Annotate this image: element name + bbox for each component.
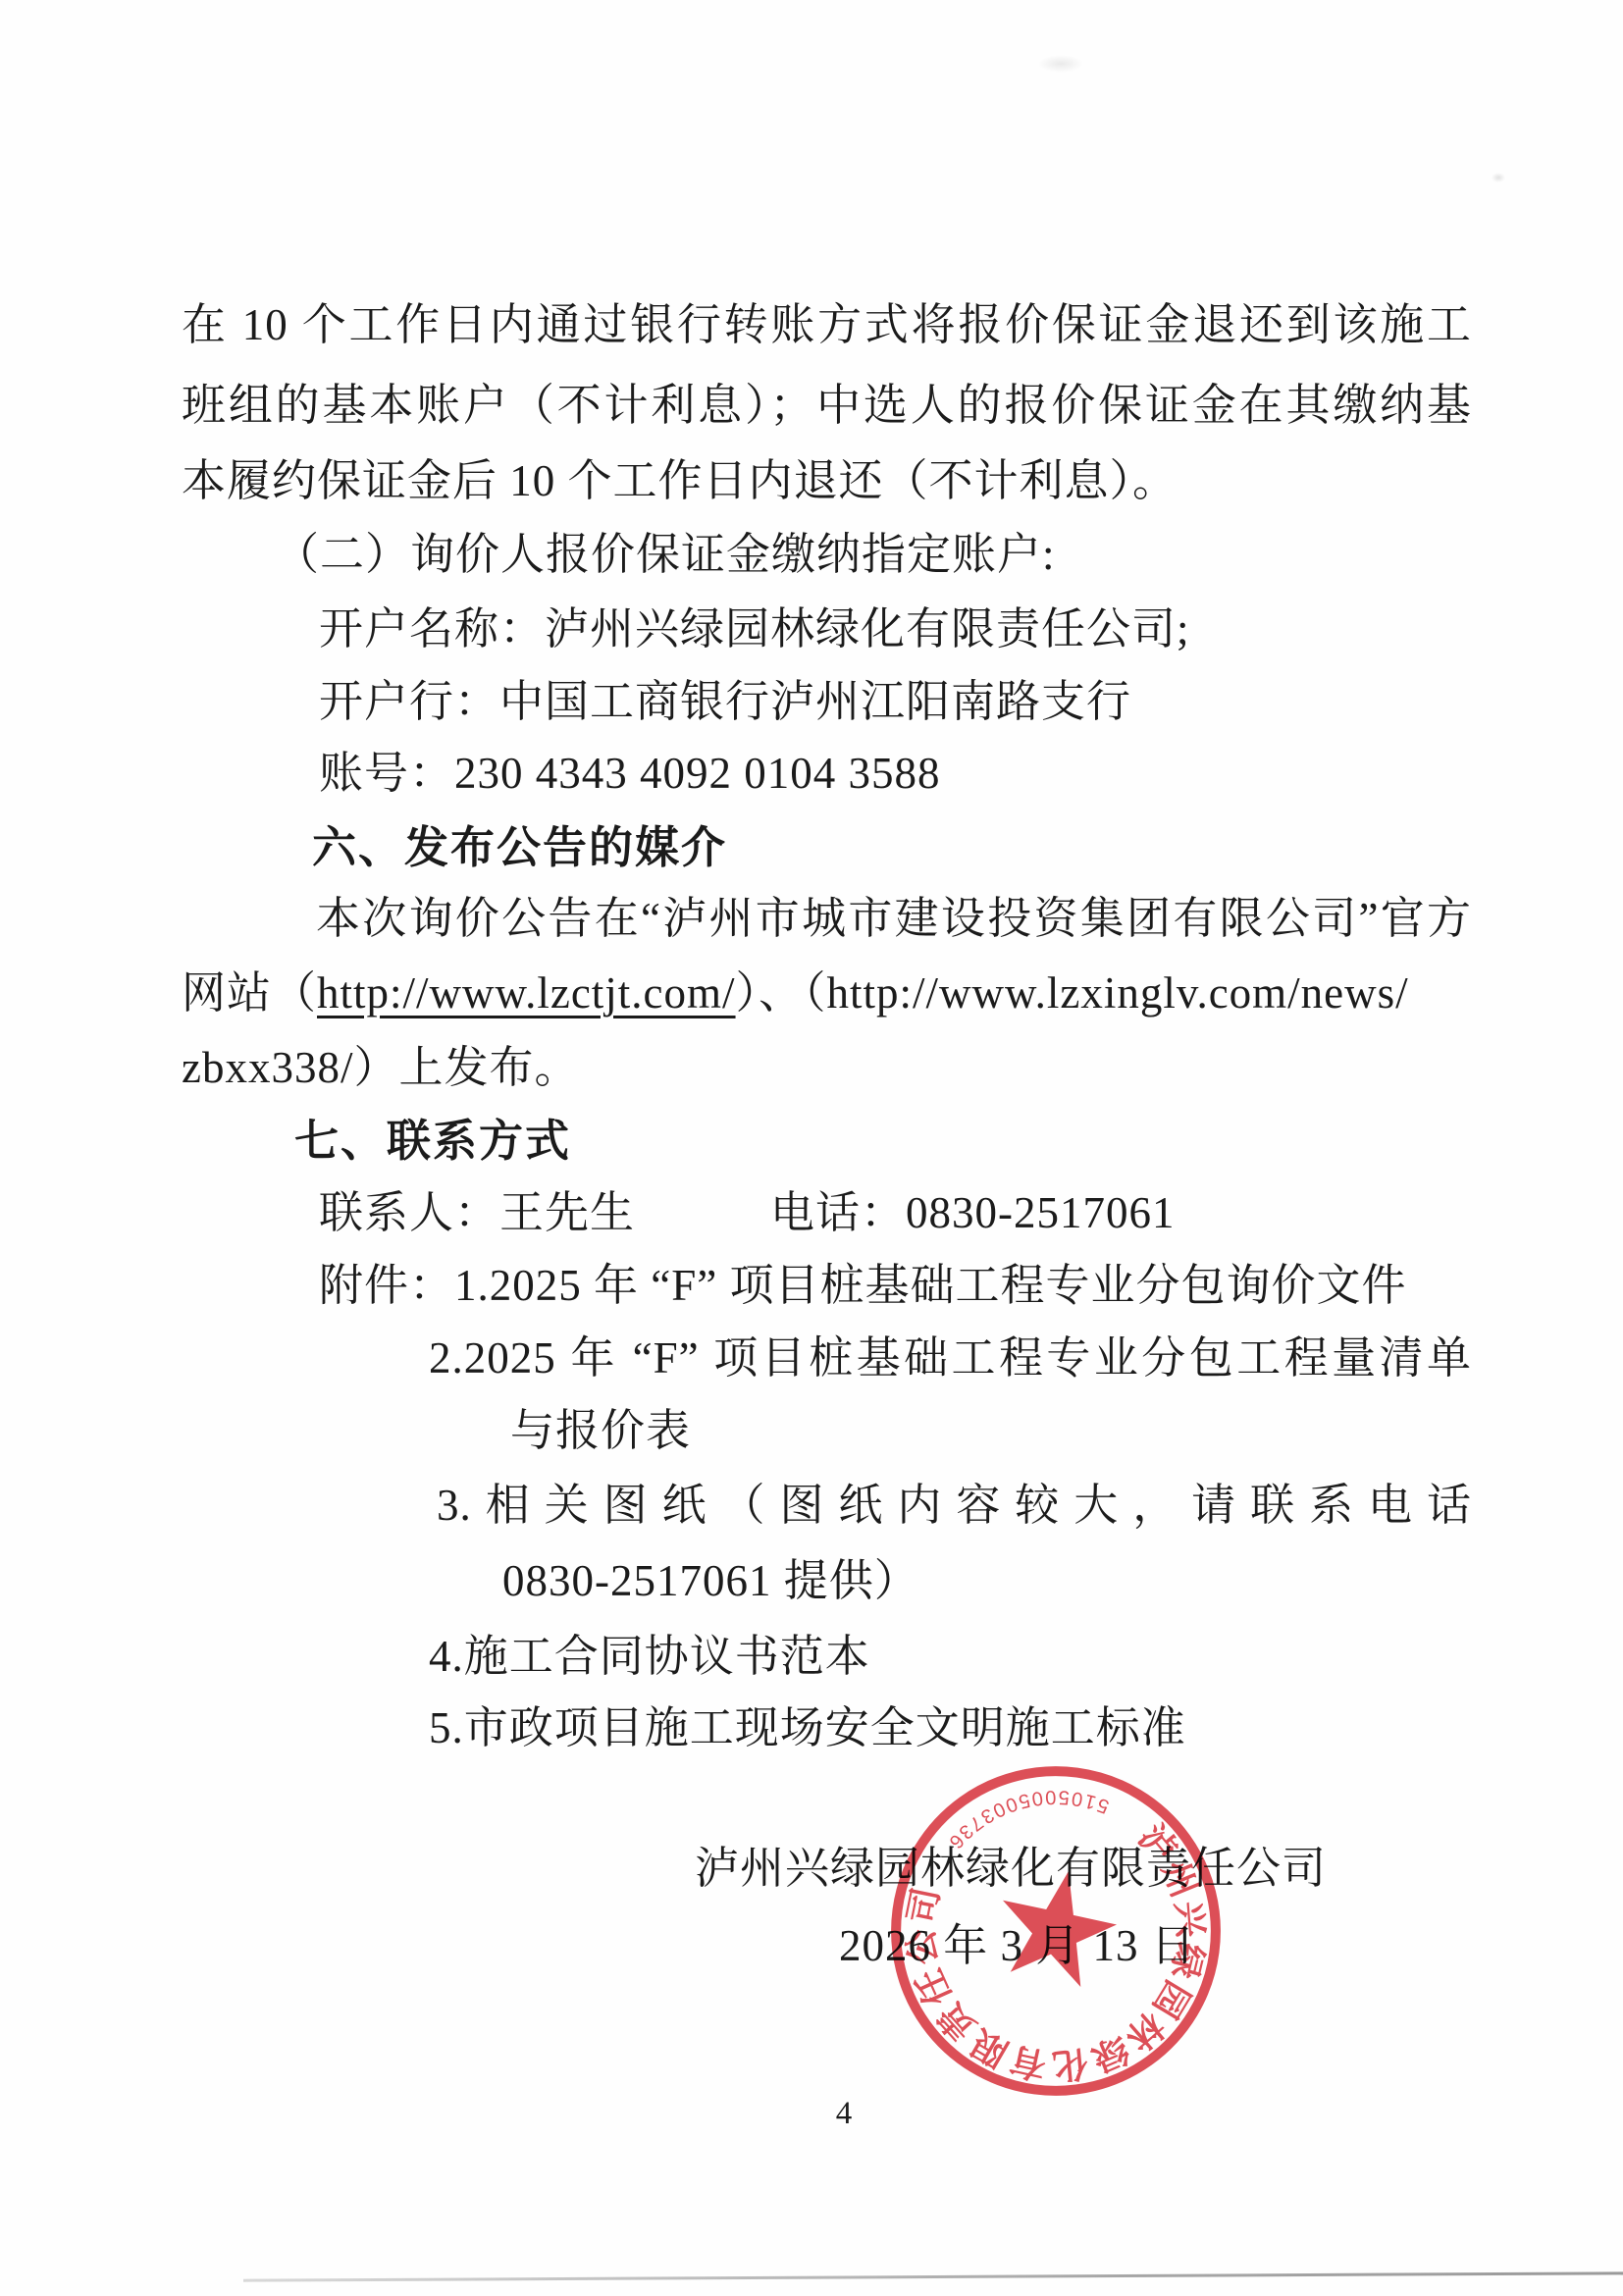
account-number: 账号：230 4343 4092 0104 3588 — [319, 746, 1609, 802]
scan-smudge — [1492, 173, 1505, 183]
account-bank-name: 开户名称：泸州兴绿园林绿化有限责任公司; — [319, 601, 1609, 657]
contact-person: 联系人：王先生 — [319, 1188, 635, 1237]
account-heading: （二）询价人报价保证金缴纳指定账户: — [275, 527, 1565, 583]
contact-phone: 电话：0830-2517061 — [770, 1185, 1176, 1241]
attachment-item-2-cont: 与报价表 — [510, 1403, 1623, 1459]
attachment-item-4: 4.施工合同协议书范本 — [429, 1629, 1623, 1685]
body-line: 本次询价公告在“泸州市城市建设投资集团有限公司”官方 — [316, 891, 1472, 947]
body-line: 在 10 个工作日内通过银行转账方式将报价保证金退还到该施工 — [182, 297, 1472, 353]
seal-star-icon — [988, 1859, 1125, 1992]
body-line: zbxx338/）上发布。 — [182, 1040, 1472, 1096]
url-line-prefix: 网站（ — [182, 968, 317, 1018]
seal-graphic: 泸州兴绿园林绿化有限责任公司 5105005003736 — [873, 1748, 1238, 2113]
url-line-suffix: ）、（http://www.lzxinglv.com/news/ — [736, 968, 1409, 1018]
attachments-label: 附件： — [319, 1261, 454, 1310]
section7-heading: 七、联系方式 — [294, 1113, 1585, 1169]
website-link: http://www.lzctjt.com/ — [317, 968, 736, 1018]
attachment-item-1: 1.2025 年 “F” 项目桩基础工程专业分包询价文件 — [454, 1261, 1406, 1310]
body-line-with-url: 网站（http://www.lzctjt.com/）、（http://www.l… — [182, 965, 1472, 1021]
attachments-line: 附件：1.2025 年 “F” 项目桩基础工程专业分包询价文件 — [319, 1258, 1609, 1314]
attachment-item-3: 3.相关图纸（图纸内容较大，请联系电话 — [437, 1478, 1472, 1534]
scan-edge-artifact — [243, 2271, 1623, 2281]
scan-smudge — [1038, 55, 1083, 73]
attachment-item-2: 2.2025 年 “F” 项目桩基础工程专业分包工程量清单 — [429, 1331, 1472, 1386]
attachment-item-3-cont: 0830-2517061 提供） — [502, 1553, 1623, 1609]
section6-heading: 六、发布公告的媒介 — [312, 819, 1602, 875]
body-line: 班组的基本账户（不计利息）；中选人的报价保证金在其缴纳基 — [182, 378, 1472, 434]
page-number: 4 — [814, 2096, 873, 2132]
svg-text:5105005003736: 5105005003736 — [935, 1769, 1117, 1857]
account-bank-branch: 开户行：中国工商银行泸州江阳南路支行 — [319, 674, 1609, 730]
body-line: 本履约保证金后 10 个工作日内退还（不计利息）。 — [182, 453, 1472, 509]
document-page: 在 10 个工作日内通过银行转账方式将报价保证金退还到该施工 班组的基本账户（不… — [0, 0, 1623, 2296]
seal-serial-text: 5105005003736 — [935, 1769, 1117, 1857]
contact-line: 联系人：王先生 电话：0830-2517061 — [319, 1185, 1609, 1241]
company-seal-stamp: 泸州兴绿园林绿化有限责任公司 5105005003736 — [873, 1748, 1238, 2113]
